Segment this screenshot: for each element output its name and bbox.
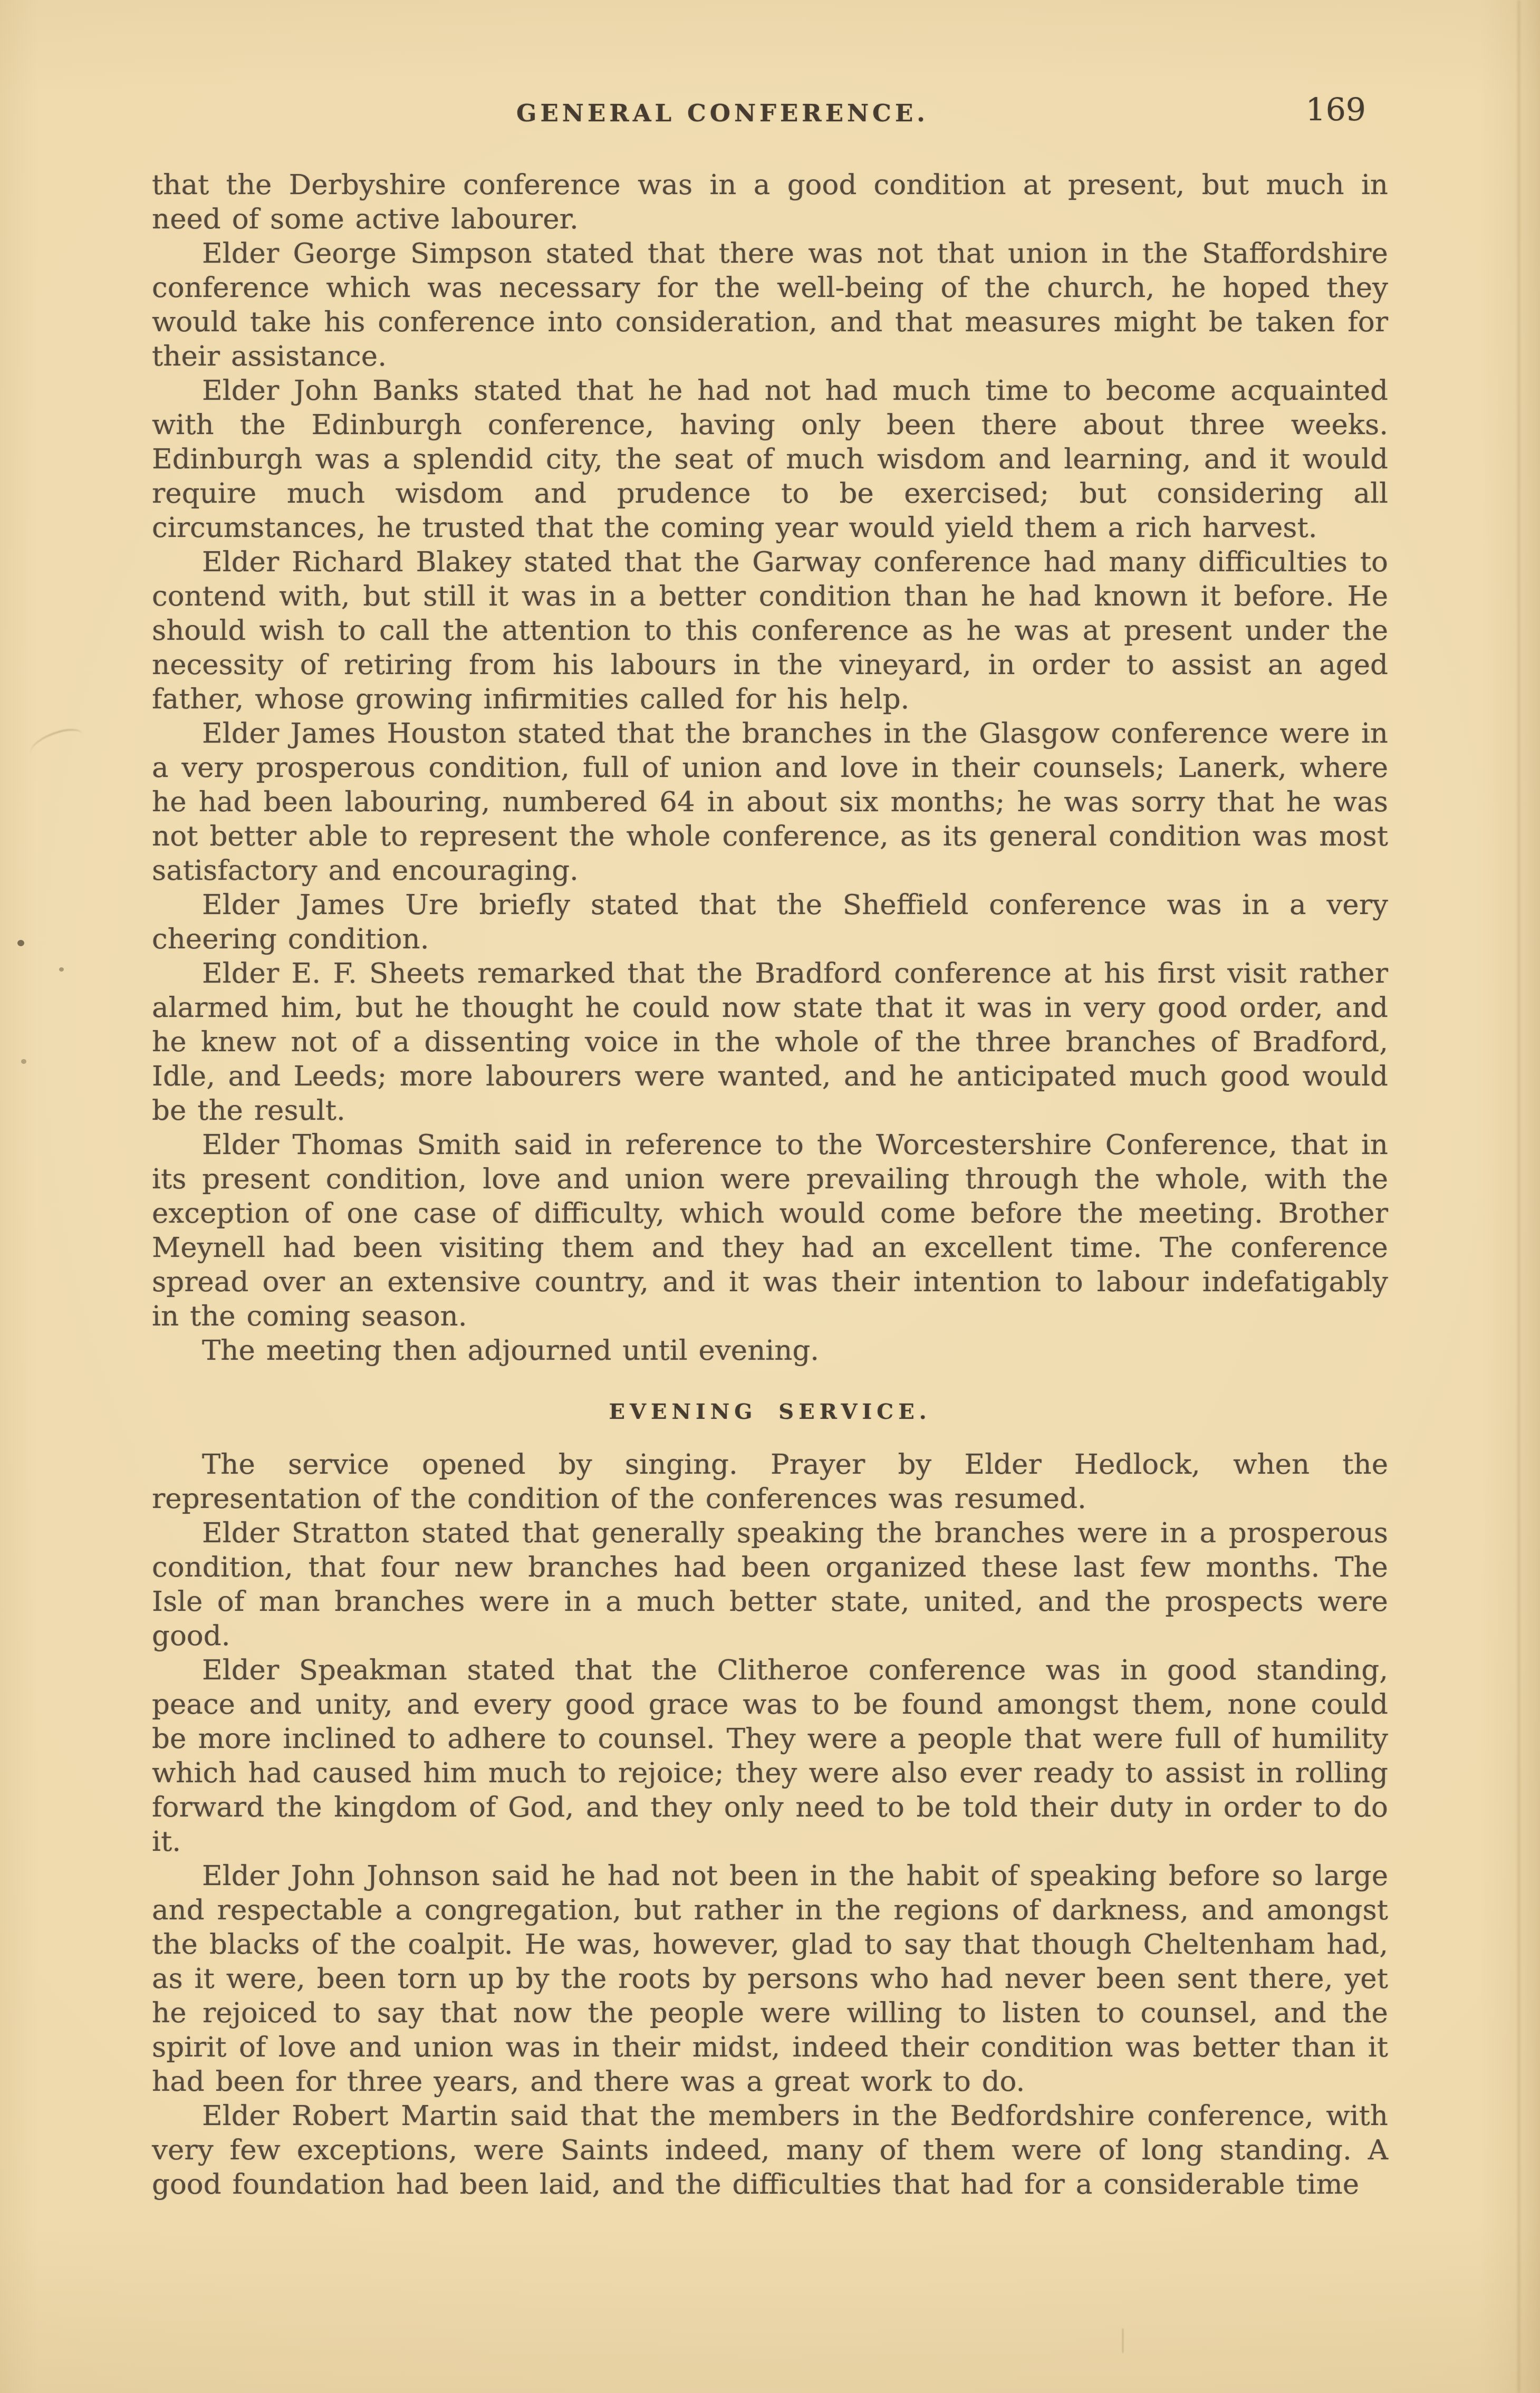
body-paragraph: Elder George Simpson stated that there w… <box>152 236 1388 373</box>
body-paragraph: The service opened by singing. Prayer by… <box>152 1447 1388 1516</box>
body-paragraph: Elder E. F. Sheets remarked that the Bra… <box>152 956 1388 1128</box>
ink-spot-artifact <box>17 940 24 946</box>
body-paragraph: Elder Stratton stated that generally spe… <box>152 1516 1388 1653</box>
page-body: that the Derbyshire conference was in a … <box>152 168 1388 2202</box>
page-edge-shadow <box>1520 0 1540 2393</box>
page-header: GENERAL CONFERENCE. 169 <box>152 95 1388 137</box>
running-title: GENERAL CONFERENCE. <box>516 99 929 127</box>
body-paragraph: Elder John Johnson said he had not been … <box>152 1859 1388 2099</box>
speck-artifact <box>21 1059 26 1064</box>
crease-artifact <box>1122 2329 1123 2353</box>
body-paragraph: Elder James Ure briefly stated that the … <box>152 888 1388 956</box>
body-paragraph: Elder James Houston stated that the bran… <box>152 716 1388 888</box>
body-paragraph: Elder Thomas Smith said in reference to … <box>152 1128 1388 1333</box>
body-paragraph: that the Derbyshire conference was in a … <box>152 168 1388 236</box>
section-heading: EVENING SERVICE. <box>152 1399 1388 1424</box>
body-paragraph: Elder Robert Martin said that the member… <box>152 2099 1388 2202</box>
body-paragraph: Elder John Banks stated that he had not … <box>152 373 1388 545</box>
scanned-page: GENERAL CONFERENCE. 169 that the Derbysh… <box>0 0 1540 2393</box>
speck-artifact <box>59 967 64 972</box>
body-paragraph: The meeting then adjourned until evening… <box>152 1333 1388 1368</box>
pencil-mark-artifact <box>27 725 86 763</box>
body-paragraph: Elder Richard Blakey stated that the Gar… <box>152 545 1388 716</box>
body-paragraph: Elder Speakman stated that the Clitheroe… <box>152 1653 1388 1859</box>
page-number: 169 <box>1305 92 1366 129</box>
